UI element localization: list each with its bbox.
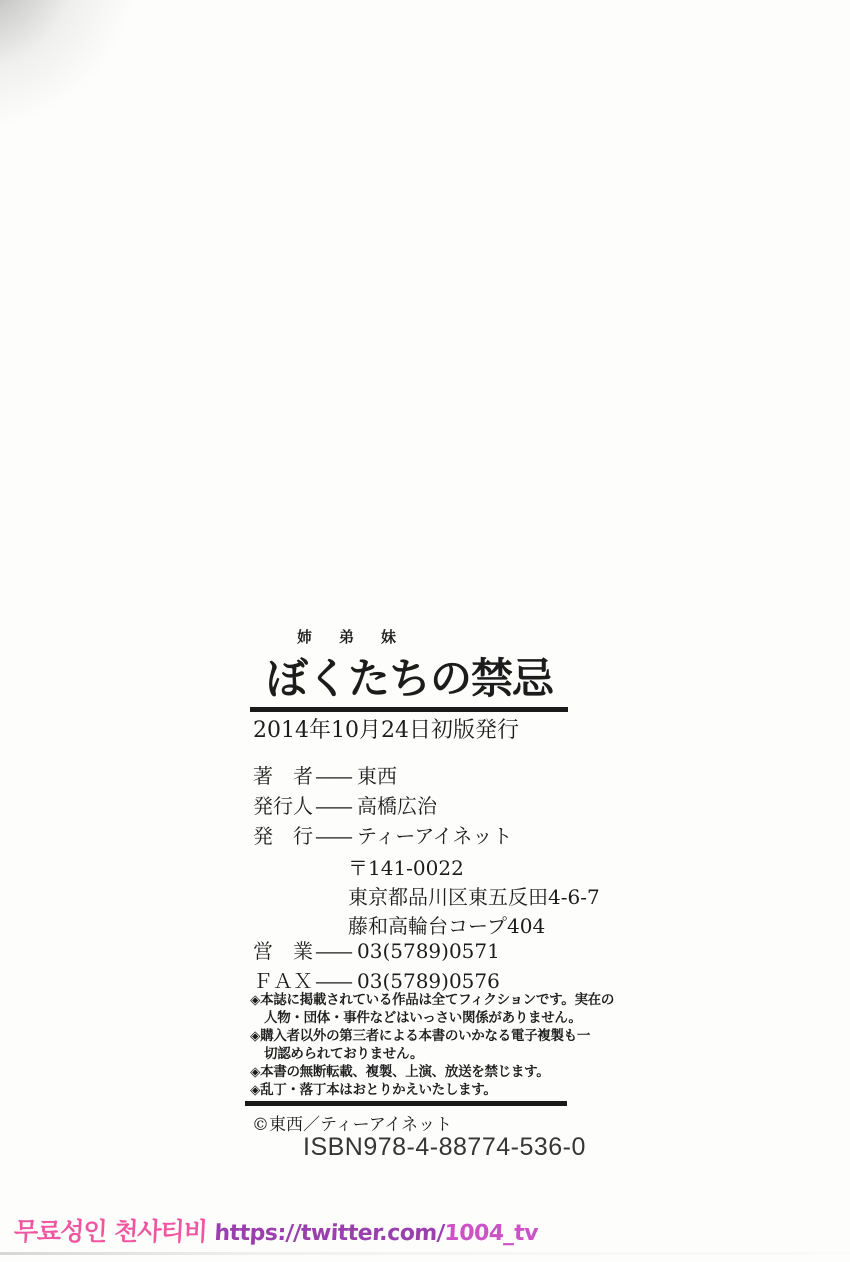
notice-line: 切認められておりません。 [250,1045,614,1063]
leader-dash: —— [315,761,357,791]
notice-line: ◈乱丁・落丁本はおとりかえいたします。 [250,1081,614,1099]
leader-dash: —— [315,821,357,851]
notice-line: ◈本誌に掲載されている作品は全てフィクションです。実在の [250,991,614,1009]
copyright-line: ©東西／ティーアイネット [252,1110,452,1135]
contact-value: 03(5789)0571 [357,939,500,963]
postal-code: 〒141-0022 [348,854,600,883]
notice-line: 人物・団体・事件などはいっさい関係がありません。 [250,1009,614,1027]
credit-row-publishing-house: 発 行——ティーアイネット [253,821,512,851]
title-divider-rule [250,707,568,712]
footer-divider-rule [245,1101,567,1106]
credit-value: ティーアイネット [357,824,512,848]
leader-dash: —— [315,936,357,966]
credit-row-author: 著 者——東西 [253,761,512,791]
book-title: ぼくたちの禁忌 [266,646,553,706]
leader-dash: —— [315,791,357,821]
scanned-colophon-page: 姉弟妹 ぼくたちの禁忌 2014年10月24日初版発行 著 者——東西 発行人—… [0,0,850,1262]
edition-date-line: 2014年10月24日初版発行 [253,713,519,744]
notice-line: ◈本書の無断転載、複製、上演、放送を禁じます。 [250,1063,614,1081]
scan-bottom-edge [0,1252,850,1255]
contact-row-sales: 営 業——03(5789)0571 [253,936,500,966]
credit-label: 発行人 [253,791,315,821]
scan-corner-shadow [0,0,220,220]
publisher-address-block: 〒141-0022 東京都品川区東五反田4-6-7 藤和高輪台コープ404 [348,854,600,941]
notice-line: ◈購入者以外の第三者による本書のいかなる電子複製も一 [250,1027,614,1045]
site-watermark: 무료성인 천사티비 https://twitter.com/1004_tv [13,1212,539,1248]
address-line: 東京都品川区東五反田4-6-7 [348,883,600,912]
contact-value: 03(5789)0576 [357,969,500,993]
contacts-block: 営 業——03(5789)0571 ＦＡＸ——03(5789)0576 [253,936,500,996]
credit-value: 高橋広治 [357,794,437,818]
credits-block: 著 者——東西 発行人——高橋広治 発 行——ティーアイネット [253,761,512,851]
isbn-number: ISBN978-4-88774-536-0 [303,1133,586,1162]
credit-label: 発 行 [253,821,315,851]
watermark-korean-text: 무료성인 천사티비 [13,1217,215,1246]
contact-label: 営 業 [253,936,315,966]
title-furigana: 姉弟妹 [297,626,423,647]
watermark-url-handle: 1004_tv [444,1221,539,1246]
credit-label: 著 者 [253,761,315,791]
legal-notices-block: ◈本誌に掲載されている作品は全てフィクションです。実在の 人物・団体・事件などは… [250,991,614,1099]
credit-row-publisher-person: 発行人——高橋広治 [253,791,512,821]
watermark-url: https://twitter.com/ [214,1221,445,1246]
credit-value: 東西 [357,764,397,788]
